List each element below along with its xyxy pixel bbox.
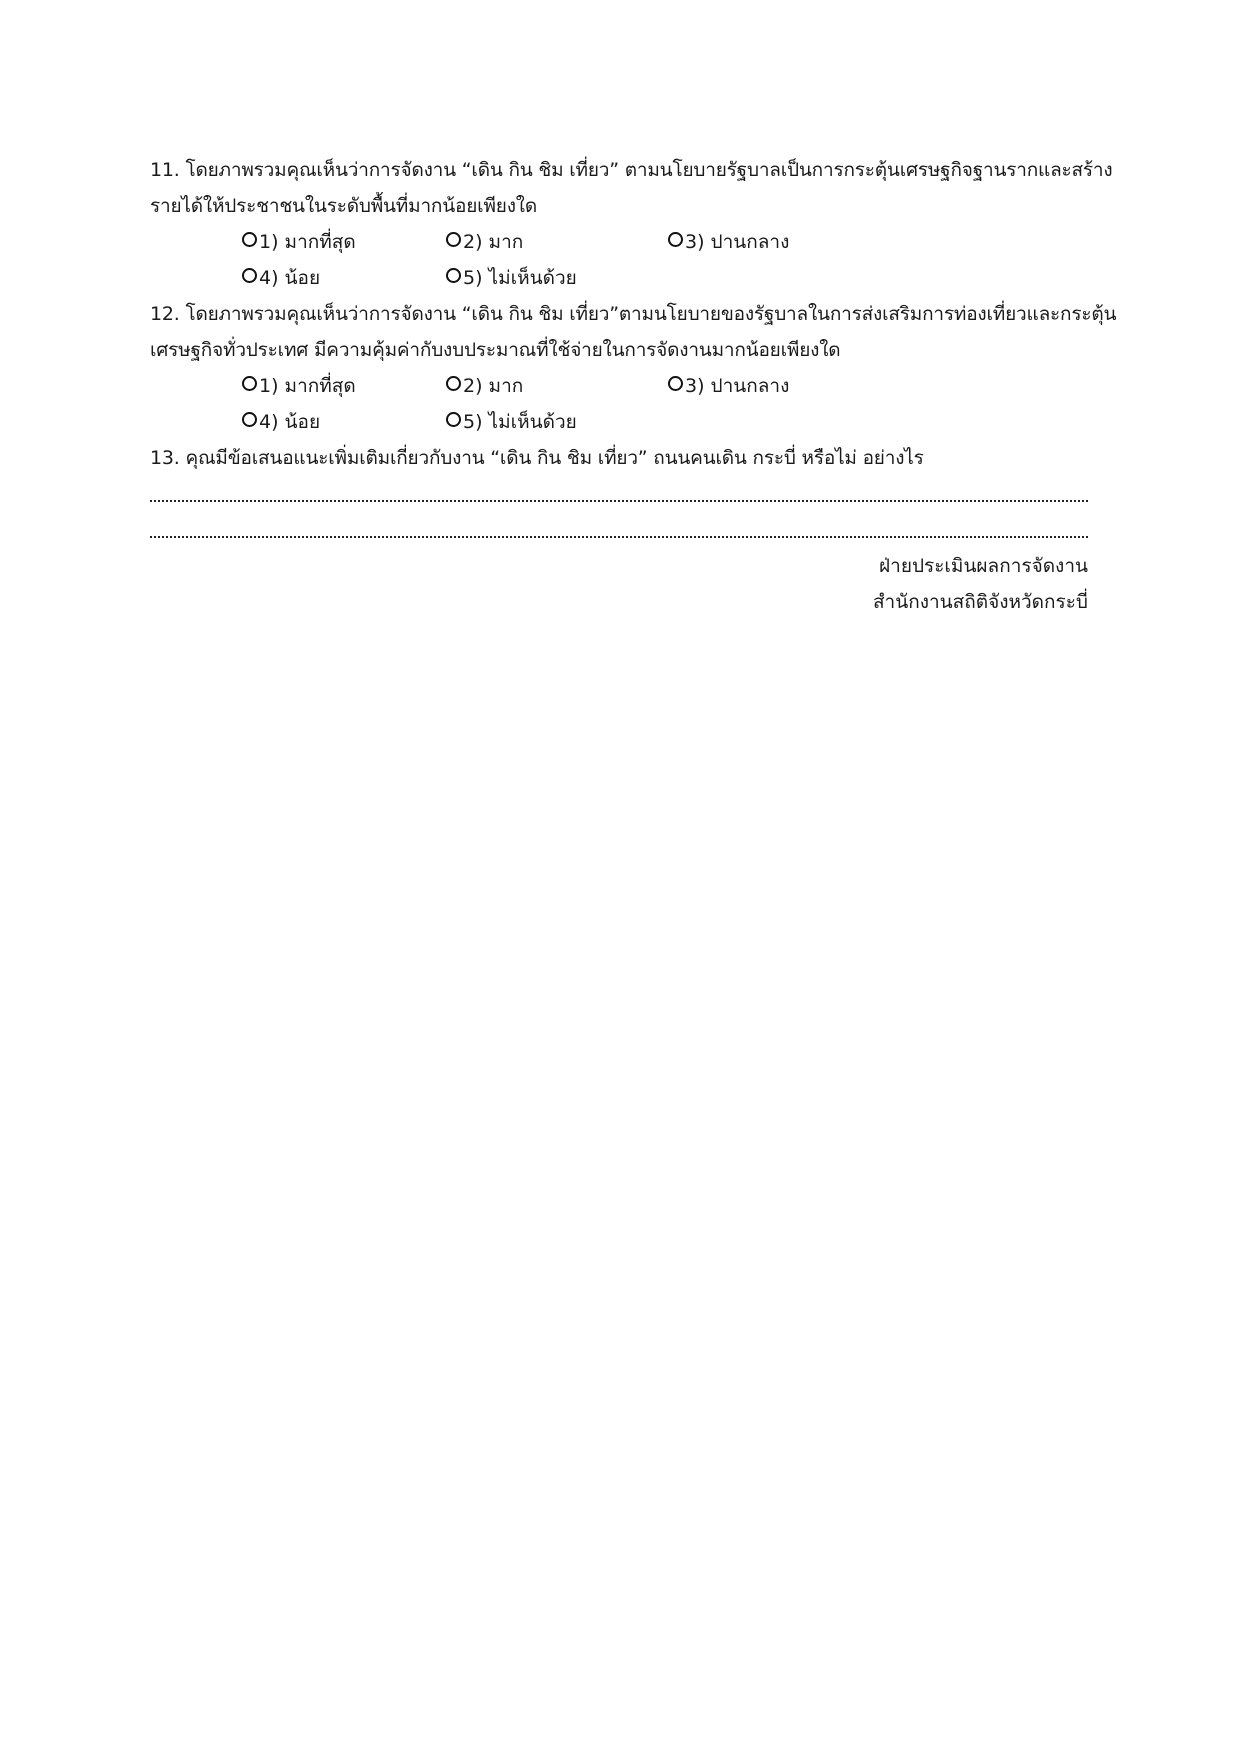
radio-circle-icon[interactable] bbox=[242, 412, 257, 427]
option-label: 5) ไม่เห็นด้วย bbox=[463, 404, 577, 440]
question-13: 13. คุณมีข้อเสนอแนะเพิ่มเติมเกี่ยวกับงาน… bbox=[150, 440, 1090, 548]
option-label: 2) มาก bbox=[463, 368, 523, 404]
radio-circle-icon[interactable] bbox=[668, 376, 683, 391]
question-11-options-row-1: 1) มากที่สุด 2) มาก 3) ปานกลาง bbox=[150, 224, 1090, 260]
question-11-text-line-1: 11. โดยภาพรวมคุณเห็นว่าการจัดงาน “เดิน ก… bbox=[150, 152, 1075, 188]
question-12-options-row-2: 4) น้อย 5) ไม่เห็นด้วย bbox=[150, 404, 1090, 440]
question-11: 11. โดยภาพรวมคุณเห็นว่าการจัดงาน “เดิน ก… bbox=[150, 152, 1090, 296]
radio-circle-icon[interactable] bbox=[242, 232, 257, 247]
q12-option-2[interactable]: 2) มาก bbox=[446, 368, 523, 404]
question-11-options-row-2: 4) น้อย 5) ไม่เห็นด้วย bbox=[150, 260, 1090, 296]
option-label: 2) มาก bbox=[463, 224, 523, 260]
q12-option-5[interactable]: 5) ไม่เห็นด้วย bbox=[446, 404, 577, 440]
question-11-text-line-2: รายได้ให้ประชาชนในระดับพื้นที่มากน้อยเพี… bbox=[150, 188, 1075, 224]
radio-circle-icon[interactable] bbox=[242, 268, 257, 283]
radio-circle-icon[interactable] bbox=[242, 376, 257, 391]
option-label: 3) ปานกลาง bbox=[685, 224, 789, 260]
question-13-text: 13. คุณมีข้อเสนอแนะเพิ่มเติมเกี่ยวกับงาน… bbox=[150, 440, 1090, 476]
option-label: 1) มากที่สุด bbox=[259, 368, 356, 404]
question-12: 12. โดยภาพรวมคุณเห็นว่าการจัดงาน “เดิน ก… bbox=[150, 296, 1090, 440]
option-label: 3) ปานกลาง bbox=[685, 368, 789, 404]
radio-circle-icon[interactable] bbox=[446, 268, 461, 283]
radio-circle-icon[interactable] bbox=[668, 232, 683, 247]
q12-option-1[interactable]: 1) มากที่สุด bbox=[242, 368, 356, 404]
option-label: 4) น้อย bbox=[259, 404, 320, 440]
q11-option-3[interactable]: 3) ปานกลาง bbox=[668, 224, 789, 260]
signature-office: สำนักงานสถิติจังหวัดกระบี่ bbox=[150, 584, 1088, 620]
q11-option-1[interactable]: 1) มากที่สุด bbox=[242, 224, 356, 260]
q12-option-4[interactable]: 4) น้อย bbox=[242, 404, 320, 440]
answer-line-1[interactable] bbox=[150, 476, 1090, 512]
radio-circle-icon[interactable] bbox=[446, 232, 461, 247]
q12-option-3[interactable]: 3) ปานกลาง bbox=[668, 368, 789, 404]
questionnaire-page: 11. โดยภาพรวมคุณเห็นว่าการจัดงาน “เดิน ก… bbox=[150, 152, 1090, 620]
radio-circle-icon[interactable] bbox=[446, 376, 461, 391]
signature-department: ฝ่ายประเมินผลการจัดงาน bbox=[150, 548, 1088, 584]
option-label: 4) น้อย bbox=[259, 260, 320, 296]
q11-option-2[interactable]: 2) มาก bbox=[446, 224, 523, 260]
option-label: 1) มากที่สุด bbox=[259, 224, 356, 260]
radio-circle-icon[interactable] bbox=[446, 412, 461, 427]
question-12-text-line-1: 12. โดยภาพรวมคุณเห็นว่าการจัดงาน “เดิน ก… bbox=[150, 296, 1075, 332]
option-label: 5) ไม่เห็นด้วย bbox=[463, 260, 577, 296]
question-12-options-row-1: 1) มากที่สุด 2) มาก 3) ปานกลาง bbox=[150, 368, 1090, 404]
answer-line-2[interactable] bbox=[150, 512, 1090, 548]
q11-option-5[interactable]: 5) ไม่เห็นด้วย bbox=[446, 260, 577, 296]
question-12-text-line-2: เศรษฐกิจทั่วประเทศ มีความคุ้มค่ากับงบประ… bbox=[150, 332, 1075, 368]
q11-option-4[interactable]: 4) น้อย bbox=[242, 260, 320, 296]
